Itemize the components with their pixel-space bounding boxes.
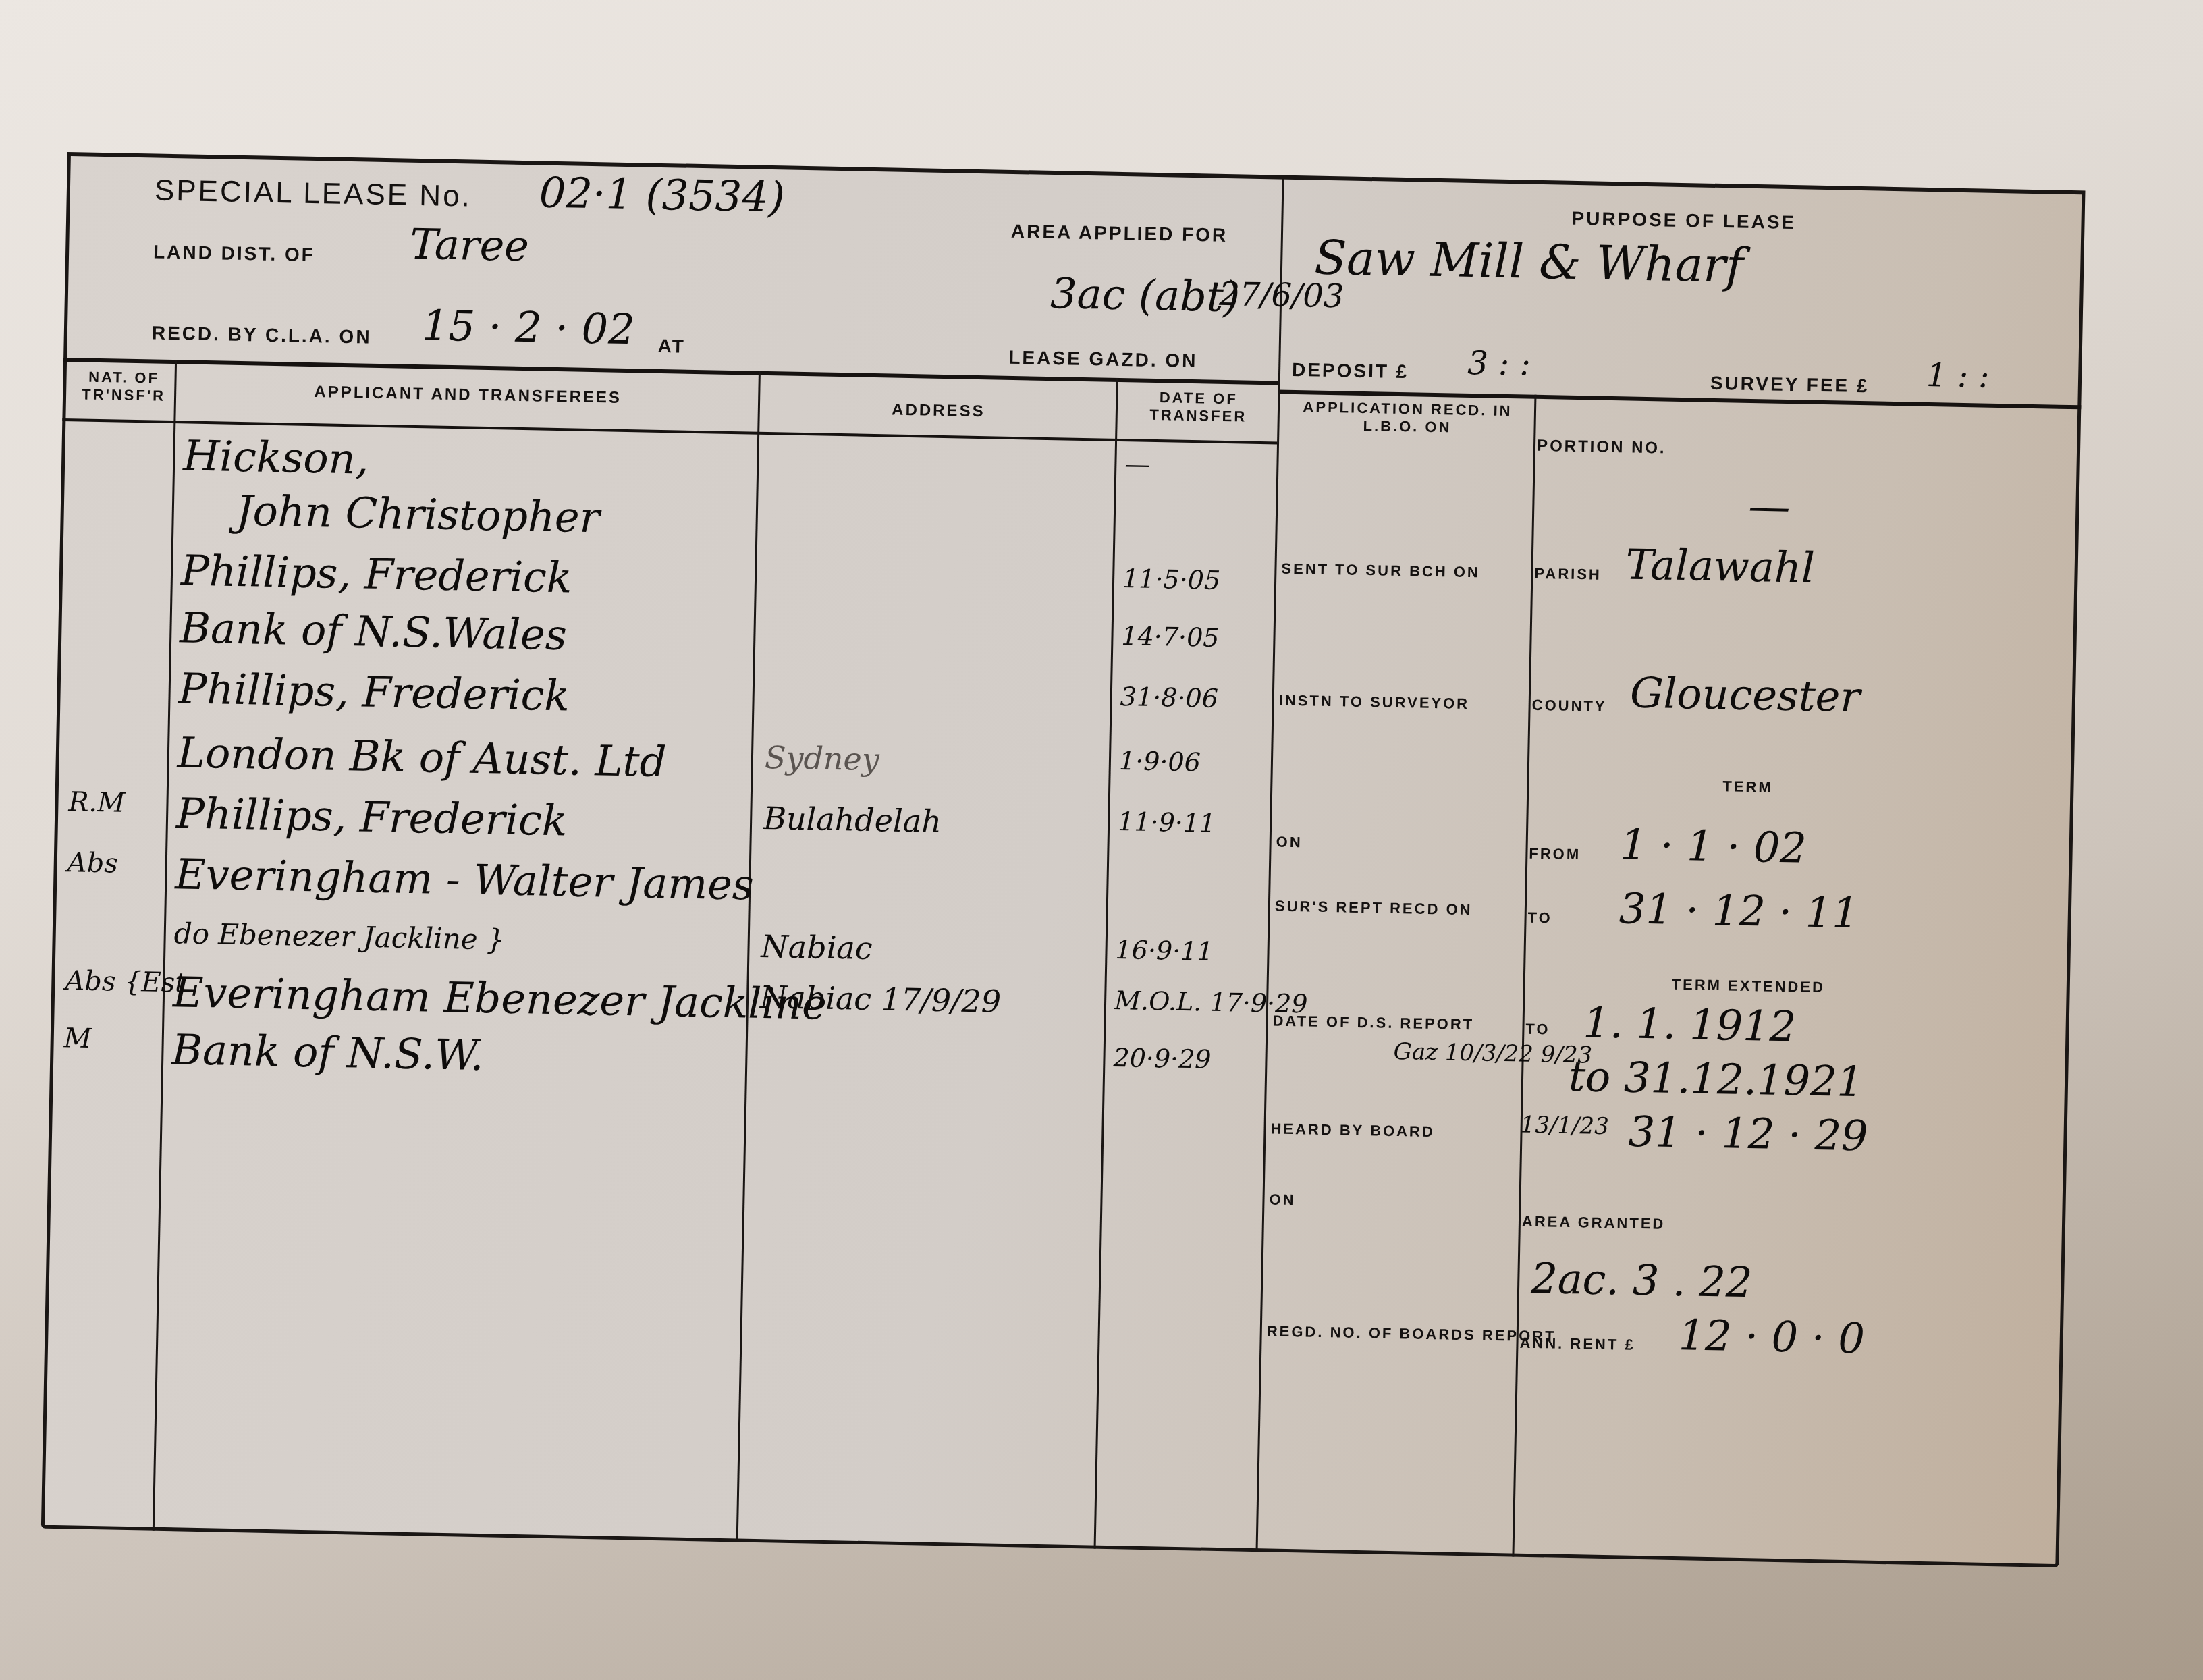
gazetted-label: LEASE GAZD. ON [1008, 347, 1198, 372]
transferee-name: Hickson, [183, 431, 369, 483]
transfer-nature: Abs {Est [65, 965, 186, 998]
transferee-name: Phillips, Frederick [178, 663, 570, 720]
rent-label: ANN. RENT £ [1519, 1334, 1635, 1354]
parish-label: PARISH [1534, 565, 1602, 584]
term-extended-to-2: 31 · 12 · 29 [1628, 1107, 1868, 1161]
area-applied: 3ac (abt) [1050, 269, 1241, 321]
transferee-name: Bank of N.S.W. [171, 1025, 485, 1080]
transferee-address: Bulahdelah [763, 800, 942, 840]
transferee-name: Phillips, Frederick [180, 545, 572, 602]
deposit: 3 : : [1467, 344, 1531, 383]
heard-on-label: ON [1269, 1191, 1295, 1209]
col-head-date: DATE OF TRANSFER [1119, 388, 1278, 427]
transferee-address: Nabiac 17/9/29 [760, 979, 1002, 1020]
transfer-date: 31·8·06 [1120, 682, 1218, 713]
transfer-nature: Abs [67, 847, 118, 879]
transferee-name: do Ebenezer Jackline } [173, 917, 505, 956]
land-district: Taree [410, 219, 530, 271]
title-label: SPECIAL LEASE No. [154, 173, 472, 213]
transfer-date: 11·5·05 [1122, 564, 1221, 595]
term-from-label: FROM [1529, 845, 1581, 863]
term-extended-note: 13/1/23 [1520, 1112, 1609, 1141]
transferee-address: Nabiac [761, 928, 873, 967]
annual-rent: 12 · 0 · 0 [1678, 1310, 1865, 1363]
heard-label: HEARD BY BOARD [1270, 1120, 1435, 1141]
deposit-label: DEPOSIT £ [1292, 359, 1409, 383]
on-label: ON [1276, 834, 1302, 852]
survey-fee-label: SURVEY FEE £ [1710, 373, 1870, 398]
area-applied-label: AREA APPLIED FOR [1011, 221, 1228, 246]
transfer-date: 1·9·06 [1119, 746, 1201, 777]
term-from: 1 · 1 · 02 [1620, 819, 1807, 872]
portion-label: PORTION NO. [1537, 437, 1666, 458]
term-to: 31 · 12 · 11 [1619, 884, 1859, 938]
received-date: 15 · 2 · 02 [421, 300, 635, 354]
term-extended-from: 1. 1. 1912 [1583, 998, 1797, 1051]
ds-report-note: Gaz 10/3/22 9/23 [1393, 1038, 1592, 1069]
transfer-date: 11·9·11 [1118, 807, 1216, 838]
area-granted: 2ac. 3 . 22 [1531, 1253, 1753, 1307]
survey-fee: 1 : : [1926, 356, 1990, 396]
transfer-nature: R.M [68, 786, 126, 819]
transfer-date: 16·9·11 [1115, 935, 1214, 967]
received-at-label: AT [657, 335, 686, 358]
portion-number: — [1748, 481, 1791, 531]
transferee-name: John Christopher [236, 486, 600, 542]
transfer-date: — [1124, 449, 1151, 479]
parish: Talawahl [1625, 539, 1815, 592]
transferee-address: Sydney [764, 739, 879, 778]
term-extended-to: to 31.12.1921 [1568, 1052, 1864, 1106]
land-district-label: LAND DIST. OF [153, 241, 315, 266]
purpose: Saw Mill & Wharf [1314, 230, 1744, 294]
transferee-name: Bank of N.S.Wales [180, 603, 568, 659]
area-granted-label: AREA GRANTED [1522, 1213, 1666, 1233]
instn-label: INSTN TO SURVEYOR [1278, 692, 1469, 713]
transferee-name: London Bk of Aust. Ltd [177, 728, 667, 786]
transfer-nature: M [63, 1023, 92, 1054]
transfer-date: 20·9·29 [1113, 1043, 1212, 1075]
transferee-name: Phillips, Frederick [176, 788, 568, 845]
term-label: TERM [1722, 778, 1773, 796]
application-label: APPLICATION RECD. IN L.B.O. ON [1280, 398, 1534, 438]
lease-number: 02·1 (3534) [539, 167, 785, 221]
term-to-label: TO [1527, 909, 1552, 927]
county-label: COUNTY [1531, 697, 1606, 715]
transfer-date: 14·7·05 [1121, 621, 1220, 653]
purpose-label: PURPOSE OF LEASE [1571, 208, 1796, 234]
term-extended-to-label: TO [1525, 1021, 1550, 1039]
col-head-nature: NAT. OF TR'NSF'R [73, 368, 175, 405]
lease-card: SPECIAL LEASE No. 02·1 (3534) LAND DIST.… [41, 152, 2086, 1567]
county: Gloucester [1629, 668, 1860, 722]
term-extended-label: TERM EXTENDED [1672, 976, 1826, 996]
received-label: RECD. BY C.L.A. ON [152, 322, 372, 348]
